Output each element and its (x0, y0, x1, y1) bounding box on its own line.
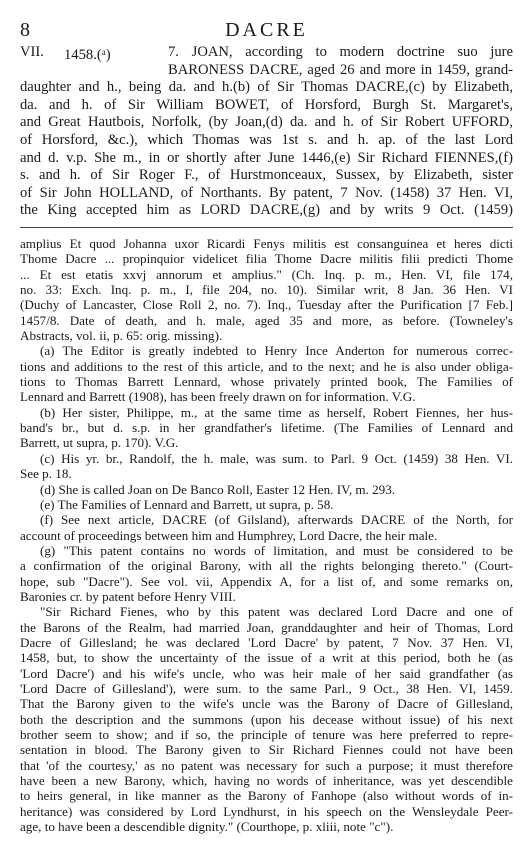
footnote-g: heritance) was considered by Lord Lyndhu… (20, 804, 513, 819)
footnote-g: to heirs general, in like manner as the … (20, 788, 513, 803)
footnote-f: (f) See next article, DACRE (of Gilsland… (20, 512, 513, 527)
footnote-e: (e) The Families of Lennard and Barrett,… (20, 497, 513, 512)
footnote-g: That the Barony given to the wife's uncl… (20, 696, 513, 711)
footnote-b: Barrett, ut supra, p. 170). V.G. (20, 435, 513, 450)
continuation-line: 1457/8. Date of death, and h. male, aged… (20, 313, 513, 328)
footnote-c: (c) His yr. br., Randolf, the h. male, w… (20, 451, 513, 466)
footnote-g: a confirmation of the original Barony, w… (20, 558, 513, 573)
page-header: 8 DACRE (20, 18, 513, 42)
footnote-g: age, to have been a descendible dignity.… (20, 819, 513, 834)
footnote-ref: a (102, 47, 106, 57)
footnote-f: account of proceedings between him and H… (20, 528, 513, 543)
footnote-g: Dacre of Gillesland; he was declared 'Lo… (20, 635, 513, 650)
continuation-line: (Duchy of Lancaster, Close Roll 2, no. 7… (20, 297, 513, 312)
entry-line: BARONESS DACRE, aged 26 and more in 1459… (168, 62, 513, 80)
entry-line: and Great Hautbois, Norfolk, (by Joan,(d… (20, 114, 513, 132)
continuation-line: no. 33: Exch. Inq. p. m., I, file 204, n… (20, 282, 513, 297)
entry-line: of Sir John HOLLAND, of Northants. By pa… (20, 185, 513, 203)
running-head: DACRE (20, 18, 513, 42)
footnote-g: brother seem to show; and if so, the pri… (20, 727, 513, 742)
entry-heading: VII. 1458.(a) 7. JOAN, according to mode… (20, 44, 513, 79)
footnote-a: tions and additions to the rest of this … (20, 359, 513, 374)
footnote-a: Lennard and Barrett (1908), has been fre… (20, 389, 513, 404)
footnote-b: (b) Her sister, Philippe, m., at the sam… (20, 405, 513, 420)
footnote-g: 1458, but, to show the uncertainty of th… (20, 650, 513, 665)
continuation-line: amplius Et quod Johanna uxor Ricardi Fen… (20, 236, 513, 251)
footnote-d: (d) She is called Joan on De Banco Roll,… (20, 482, 513, 497)
entry-line: of Horsford, &c.), which Thomas was 1st … (20, 132, 513, 150)
entry-line: s. and h. of Sir Roger F., of Hurstmonce… (20, 167, 513, 185)
continuation-line: Thome Dacre ... propinquior videlicet fi… (20, 251, 513, 266)
entry-line: and d. v.p. She m., in or shortly after … (20, 150, 513, 168)
continuation-line: ... Et est etatis xxvj annorum et ampliu… (20, 267, 513, 282)
entry-line: 7. JOAN, according to modern doctrine su… (168, 44, 513, 62)
footnotes: amplius Et quod Johanna uxor Ricardi Fen… (20, 236, 513, 834)
footnote-b: band's br., but d. s.p. in her grandfath… (20, 420, 513, 435)
footnote-g: Baronies cr. by patent before Henry VIII… (20, 589, 513, 604)
margin-date-year: 1458. (64, 47, 97, 63)
footnote-c: See p. 18. (20, 466, 513, 481)
footnote-g: the Barons of the Realm, had married Joa… (20, 620, 513, 635)
margin-date: 1458.(a) (64, 44, 111, 65)
footnote-a: tions to Thomas Barrett Lennard, whose p… (20, 374, 513, 389)
footnote-g: have been a new Barony, which, having no… (20, 773, 513, 788)
footnote-g: (g) "This patent contains no words of li… (20, 543, 513, 558)
main-text: VII. 1458.(a) 7. JOAN, according to mode… (20, 44, 513, 220)
footnote-a: (a) The Editor is greatly indebted to He… (20, 343, 513, 358)
footnote-g: "Sir Richard Fienes, who by this patent … (20, 604, 513, 619)
footnote-g: 'Lord Dacre of Gillesland'), were sum. t… (20, 681, 513, 696)
footnote-g: both the description and the summons (up… (20, 712, 513, 727)
footnote-g: sentation in blood. The Barony given to … (20, 742, 513, 757)
footnote-g: that 'of the courtesy,' as no patent was… (20, 758, 513, 773)
margin-generation-number: VII. (20, 44, 44, 62)
entry-line: da. and h. of Sir William BOWET, of Hors… (20, 97, 513, 115)
continuation-line: Abstracts, vol. ii, p. 65: orig. missing… (20, 328, 513, 343)
entry-line: daughter and h., being da. and h.(b) of … (20, 79, 513, 97)
footnote-g: hope, sub "Dacre"). See vol. vii, Append… (20, 574, 513, 589)
entry-line: the King accepted him as LORD DACRE,(g) … (20, 202, 513, 220)
footnote-g: 'Lord Dacre') and his wife's uncle, who … (20, 666, 513, 681)
footnote-separator (20, 227, 513, 228)
book-page: 8 DACRE VII. 1458.(a) 7. JOAN, according… (0, 0, 520, 853)
